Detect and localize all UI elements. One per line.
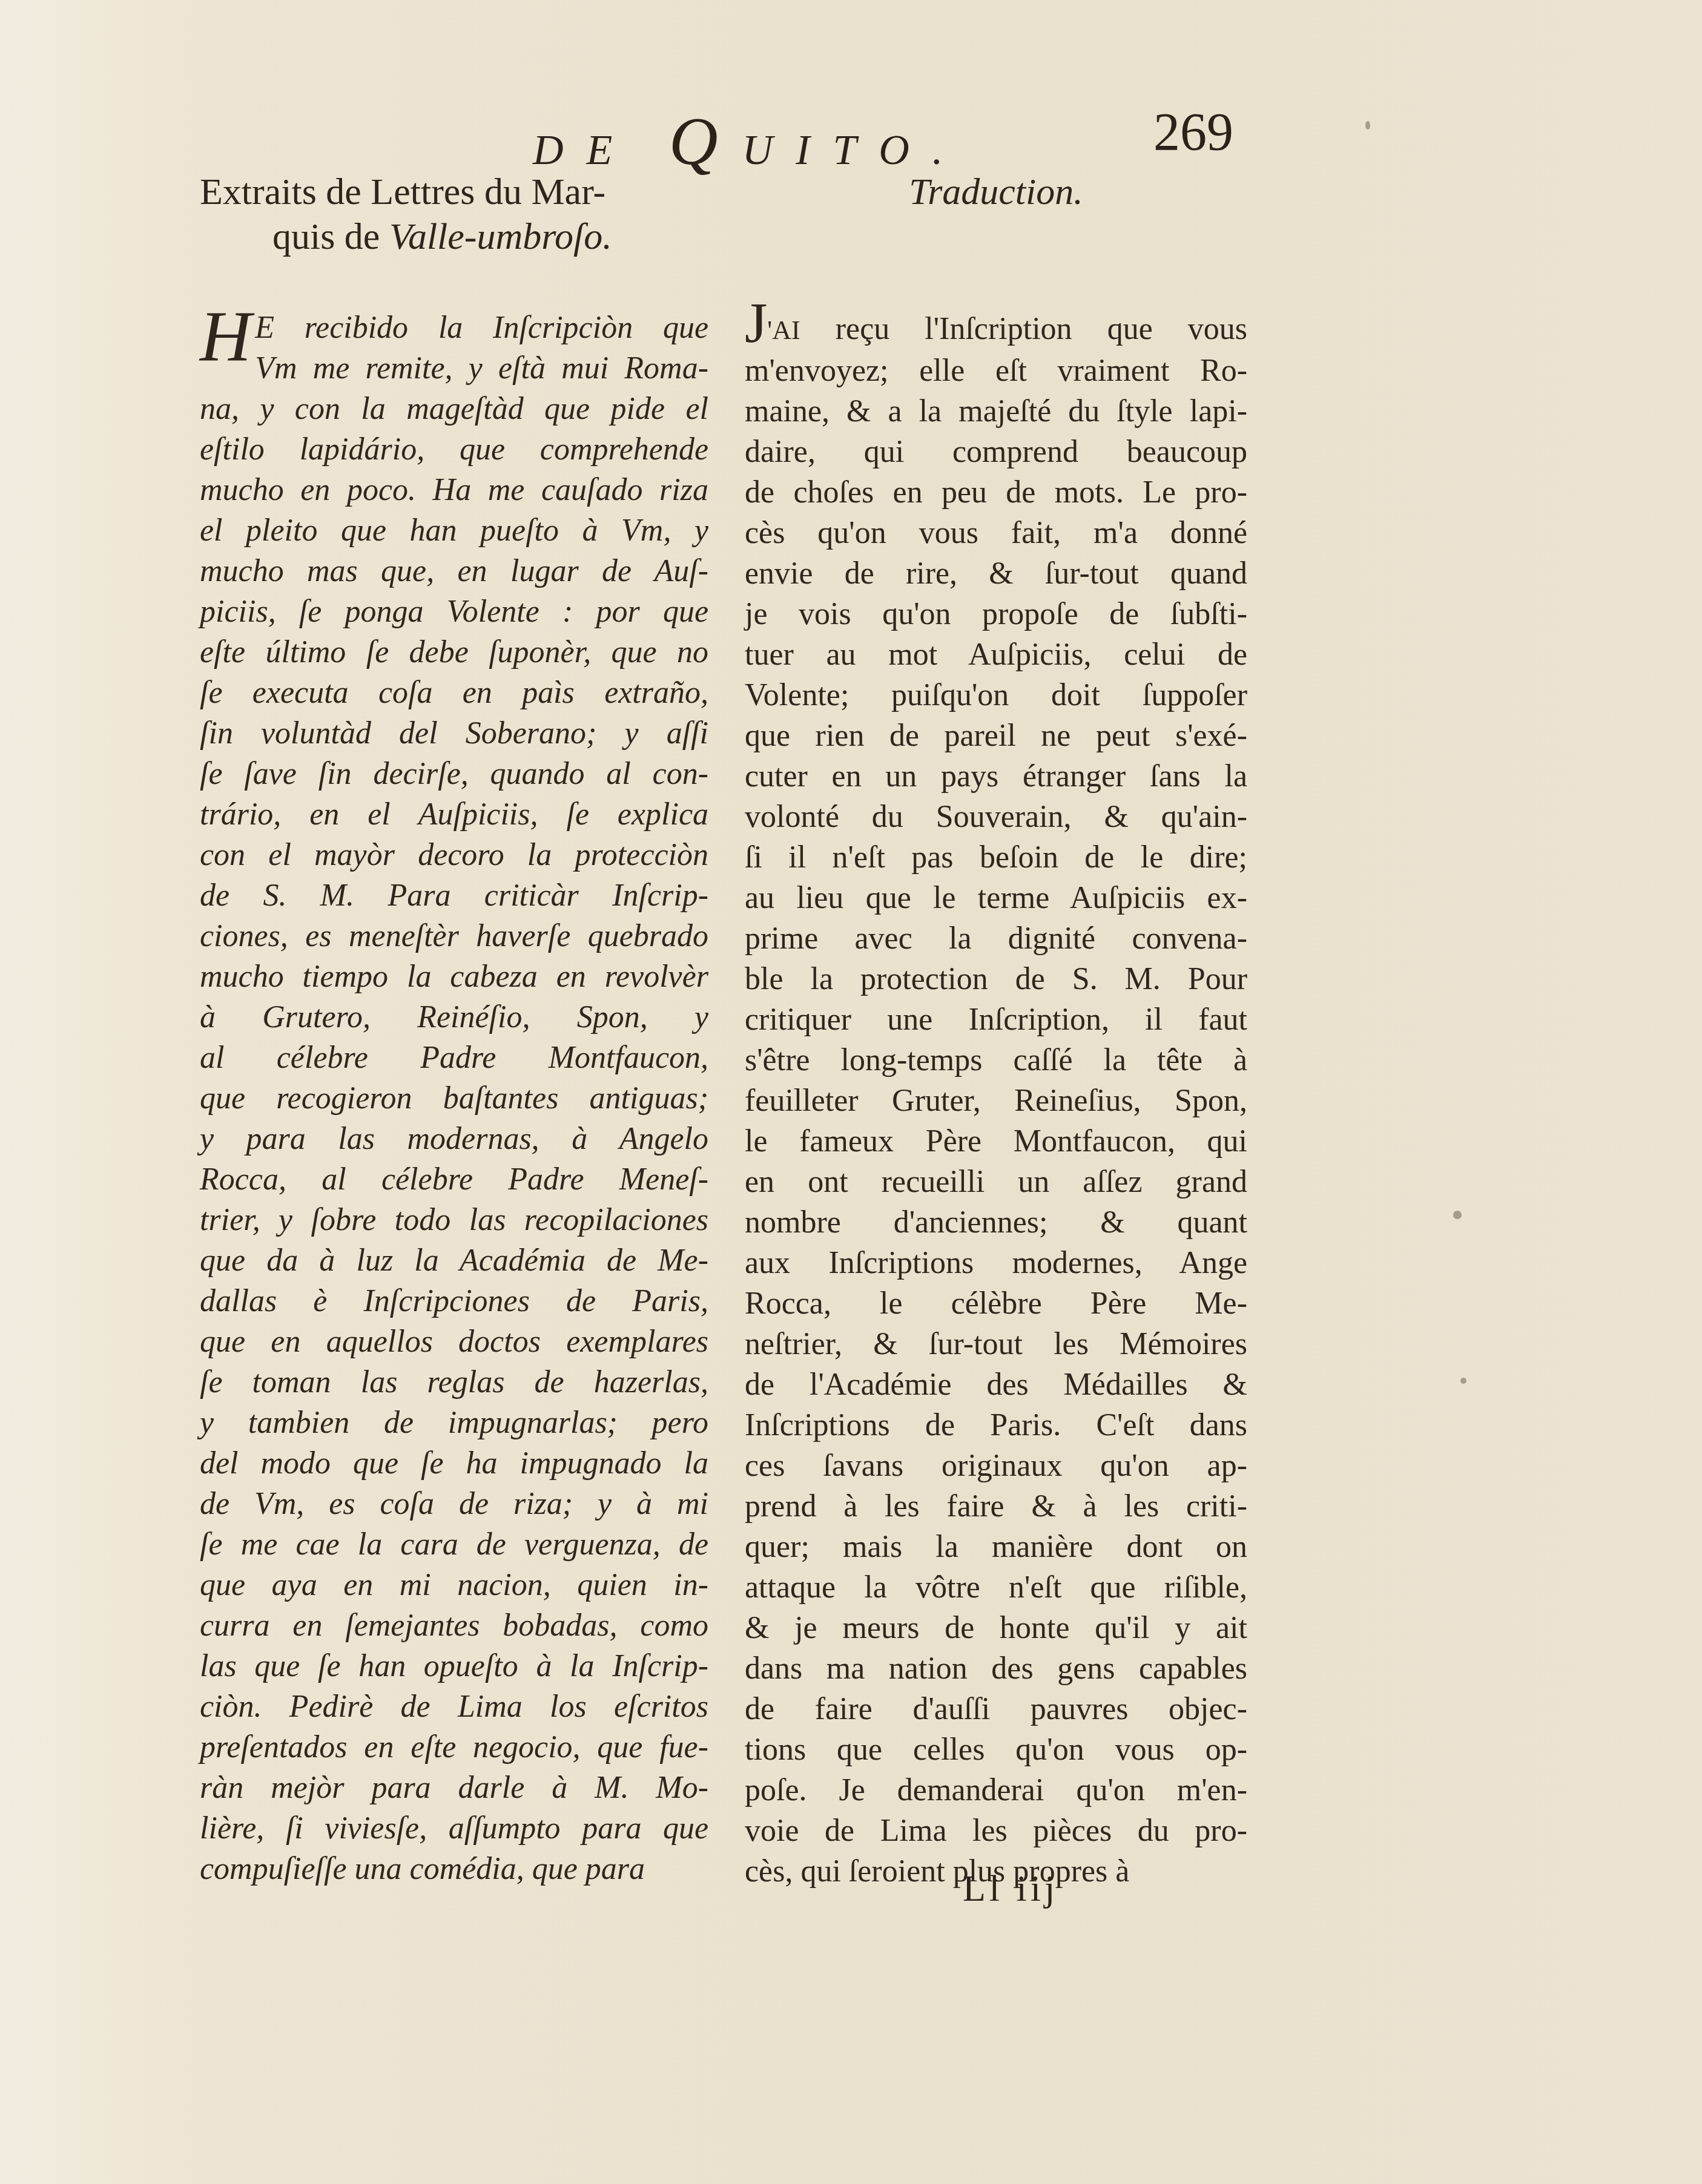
text-line: & je meurs de honte qu'il y ait (745, 1608, 1247, 1648)
text-line: en ont recueilli un aſſez grand (745, 1162, 1247, 1202)
text-line: ràn mejòr para darle à M. Mo- (200, 1768, 708, 1808)
text-line: trier, y ſobre todo las recopilaciones (200, 1200, 708, 1240)
text-line: Rocca, le célèbre Père Me- (745, 1283, 1247, 1324)
text-line: daire, qui comprend beaucoup (745, 432, 1247, 472)
text-line: cuter en un pays étranger ſans la (745, 756, 1247, 797)
text-line: na, y con la mageſtàd que pide el (200, 389, 708, 429)
text-line: s'être long-temps caſſé la tête à (745, 1040, 1247, 1080)
text-line: ſe toman las reglas de hazerlas, (200, 1362, 708, 1403)
text-line: de l'Académie des Médailles & (745, 1364, 1247, 1405)
text-line: compuſieſſe una comédia, que para (200, 1849, 708, 1889)
text-line: que recogieron baſtantes antiguas; (200, 1078, 708, 1119)
text-line: preſentados en eſte negocio, que fue- (200, 1727, 708, 1768)
text-line: dans ma nation des gens capables (745, 1648, 1247, 1689)
text-line: mucho tiempo la cabeza en revolvèr (200, 956, 708, 997)
running-head-rest: UITO. (742, 127, 966, 174)
text-line: y tambien de impugnarlas; pero (200, 1403, 708, 1443)
text-line: ciones, es meneſtèr haverſe quebrado (200, 916, 708, 956)
signature-mark: Ll iij (963, 1867, 1058, 1910)
text-line: ſi il n'eſt pas beſoin de le dire; (745, 837, 1247, 878)
text-line: maine, & a la majeſté du ſtyle lapi- (745, 391, 1247, 432)
text-line: quer; mais la manière dont on (745, 1527, 1247, 1567)
text-line: je vois qu'on propoſe de ſubſti- (745, 594, 1247, 634)
text-line: ſe me cae la cara de verguenza, de (200, 1524, 708, 1565)
text-line: ſe executa coſa en paìs extraño, (200, 673, 708, 713)
text-line: con el mayòr decoro la protecciòn (200, 835, 708, 875)
text-line: ſe ſave ſin decirſe, quando al con- (200, 754, 708, 794)
text-line: E recibido la Inſcripciòn que (200, 308, 708, 348)
text-line: las que ſe han opueſto à la Inſcrip- (200, 1646, 708, 1686)
text-line: dallas è Inſcripciones de Paris, (200, 1281, 708, 1321)
text-line: del modo que ſe ha impugnado la (200, 1443, 708, 1484)
text-lines: J'AI reçu l'Inſcription que vousm'envoye… (745, 305, 1247, 1892)
paper-speck (1453, 1211, 1462, 1219)
text-line: attaque la vôtre n'eſt que riſible, (745, 1567, 1247, 1608)
text-line: le fameux Père Montfaucon, qui (745, 1121, 1247, 1162)
drop-cap: J (745, 291, 767, 355)
text-line: tions que celles qu'on vous op- (745, 1729, 1247, 1770)
text-line: Rocca, al célebre Padre Meneſ- (200, 1159, 708, 1200)
text-line: tuer au mot Auſpiciis, celui de (745, 634, 1247, 675)
paper-speck (1365, 121, 1370, 130)
text-line: que aya en mi nacion, quien in- (200, 1565, 708, 1605)
heading-line-1: Extraits de Lettres du Mar- (200, 171, 605, 212)
text-line: lière, ſi viviesſe, aſſumpto para que (200, 1808, 708, 1849)
text-line: trário, en el Auſpiciis, ſe explica (200, 794, 708, 835)
text-line: mucho mas que, en lugar de Auſ- (200, 551, 708, 591)
text-line: prime avec la dignité convena- (745, 918, 1247, 959)
running-head-prefix: DE (533, 127, 635, 174)
text-line: J'AI reçu l'Inſcription que vous (745, 305, 1247, 350)
text-line: Volente; puiſqu'on doit ſuppoſer (745, 675, 1247, 715)
text-line: de S. M. Para criticàr Inſcrip- (200, 875, 708, 916)
small-caps-word: 'AI (767, 315, 800, 345)
text-line: piciis, ſe ponga Volente : por que (200, 591, 708, 632)
text-line: ſin voluntàd del Soberano; y aſſi (200, 713, 708, 754)
french-column: Traduction. J'AI reçu l'Inſcription que … (745, 169, 1247, 1892)
text-line: el pleito que han pueſto à Vm, y (200, 510, 708, 551)
text-line: aux Inſcriptions modernes, Ange (745, 1243, 1247, 1283)
text-line: de choſes en peu de mots. Le pro- (745, 472, 1247, 513)
text-line: cès qu'on vous fait, m'a donné (745, 513, 1247, 553)
text-line: feuilleter Gruter, Reineſius, Spon, (745, 1080, 1247, 1121)
paper-speck (1460, 1378, 1466, 1384)
text-line: poſe. Je demanderai qu'on m'en- (745, 1770, 1247, 1811)
text-line: que en aquellos doctos exemplares (200, 1321, 708, 1362)
text-line: au lieu que le terme Auſpiciis ex- (745, 878, 1247, 918)
text-line: voie de Lima les pièces du pro- (745, 1811, 1247, 1851)
text-line: mucho en poco. Ha me cauſado riza (200, 470, 708, 510)
page-number: 269 (1153, 102, 1233, 163)
text-line: al célebre Padre Montfaucon, (200, 1038, 708, 1078)
text-line: m'envoyez; elle eſt vraiment Ro- (745, 350, 1247, 391)
spanish-letter-text: H E recibido la Inſcripciòn queVm me rem… (200, 308, 708, 1889)
text-line: ciòn. Pedirè de Lima los eſcritos (200, 1686, 708, 1727)
text-line: critiquer une Inſcription, il faut (745, 999, 1247, 1040)
text-line: curra en ſemejantes bobadas, como (200, 1605, 708, 1646)
drop-cap: H (200, 312, 251, 361)
text-line: eſte último ſe debe ſuponèr, que no (200, 632, 708, 673)
text-line: que rien de pareil ne peut s'exé- (745, 715, 1247, 756)
translation-heading: Traduction. (745, 169, 1247, 214)
text-line: nombre d'anciennes; & quant (745, 1202, 1247, 1243)
spanish-column: Extraits de Lettres du Mar- quis de Vall… (200, 169, 708, 1889)
running-head-initial: Q (669, 104, 742, 179)
text-line: ble la protection de S. M. Pour (745, 959, 1247, 999)
text-line: ces ſavans originaux qu'on ap- (745, 1446, 1247, 1486)
text-line: neſtrier, & ſur-tout les Mémoires (745, 1324, 1247, 1364)
text-line: de faire d'auſſi pauvres objec- (745, 1689, 1247, 1729)
section-heading: Extraits de Lettres du Mar- quis de Vall… (200, 169, 708, 259)
text-line: envie de rire, & ſur-tout quand (745, 553, 1247, 594)
text-line: de Vm, es coſa de riza; y à mi (200, 1484, 708, 1524)
text-line: y para las modernas, à Angelo (200, 1119, 708, 1159)
text-line: à Grutero, Reinéſio, Spon, y (200, 997, 708, 1038)
text-line: Inſcriptions de Paris. C'eſt dans (745, 1405, 1247, 1446)
heading-name: Valle-umbroſo. (389, 216, 612, 257)
french-translation-text: J'AI reçu l'Inſcription que vousm'envoye… (745, 305, 1247, 1892)
text-line: Vm me remite, y eſtà mui Roma- (200, 348, 708, 389)
heading-line-2: quis de Valle-umbroſo. (200, 214, 708, 259)
text-line: eſtilo lapidário, que comprehende (200, 429, 708, 470)
text-line: prend à les faire & à les criti- (745, 1486, 1247, 1527)
book-page: DE QUITO. 269 Extraits de Lettres du Mar… (0, 0, 1702, 2184)
text-lines: E recibido la Inſcripciòn queVm me remit… (200, 308, 708, 1889)
text-line: volonté du Souverain, & qu'ain- (745, 797, 1247, 837)
text-line: que da à luz la Académia de Me- (200, 1240, 708, 1281)
